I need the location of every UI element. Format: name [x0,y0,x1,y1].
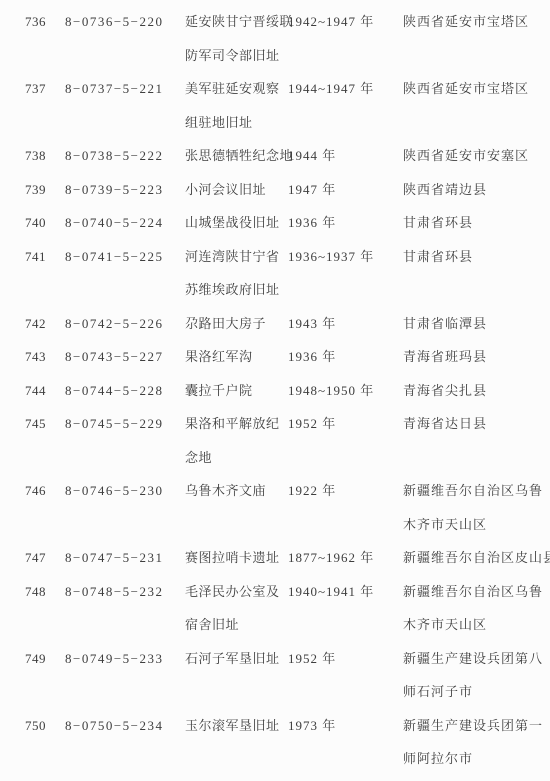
site-era: 1940~1941 年 [288,575,403,642]
site-name: 赛图拉哨卡遗址 [185,541,288,575]
site-era: 1952 年 [288,642,403,709]
site-number: 746 [25,474,65,541]
site-era: 1877~1962 年 [288,541,403,575]
table-row: 744 8−0744−5−228 囊拉千户院 1948~1950 年 青海省尖扎… [25,374,550,408]
site-name: 美军驻延安观察 组驻地旧址 [185,72,288,139]
site-name: 玉尔滚军垦旧址 [185,709,288,776]
site-code: 8−0746−5−230 [65,474,185,541]
site-code: 8−0739−5−223 [65,173,185,207]
table-row: 742 8−0742−5−226 尕路田大房子 1943 年 甘肃省临潭县 [25,307,550,341]
site-era: 1947 年 [288,173,403,207]
site-number: 739 [25,173,65,207]
site-number: 738 [25,139,65,173]
site-location: 新疆维吾尔自治区皮山县 [403,541,550,575]
site-name: 尕路田大房子 [185,307,288,341]
site-code: 8−0742−5−226 [65,307,185,341]
site-number: 743 [25,340,65,374]
site-location: 陕西省延安市宝塔区 [403,5,550,72]
site-code: 8−0749−5−233 [65,642,185,709]
site-name: 石河子军垦旧址 [185,642,288,709]
table-row: 743 8−0743−5−227 果洛红军沟 1936 年 青海省班玛县 [25,340,550,374]
site-code: 8−0750−5−234 [65,709,185,776]
table-row: 747 8−0747−5−231 赛图拉哨卡遗址 1877~1962 年 新疆维… [25,541,550,575]
site-name: 乌鲁木齐文庙 [185,474,288,541]
site-code: 8−0747−5−231 [65,541,185,575]
site-code: 8−0743−5−227 [65,340,185,374]
site-location: 青海省达日县 [403,407,550,474]
site-location: 青海省班玛县 [403,340,550,374]
table-row: 748 8−0748−5−232 毛泽民办公室及 宿舍旧址 1940~1941 … [25,575,550,642]
site-number: 750 [25,709,65,776]
site-era: 1942~1947 年 [288,5,403,72]
site-era: 1922 年 [288,474,403,541]
site-location: 甘肃省临潭县 [403,307,550,341]
site-location: 新疆生产建设兵团第八 师石河子市 [403,642,550,709]
site-era: 1973 年 [288,709,403,776]
table-row: 745 8−0745−5−229 果洛和平解放纪 念地 1952 年 青海省达日… [25,407,550,474]
site-number: 745 [25,407,65,474]
site-era: 1944~1947 年 [288,72,403,139]
site-number: 747 [25,541,65,575]
site-name: 果洛和平解放纪 念地 [185,407,288,474]
site-code: 8−0737−5−221 [65,72,185,139]
site-code: 8−0748−5−232 [65,575,185,642]
site-code: 8−0745−5−229 [65,407,185,474]
site-location: 新疆维吾尔自治区乌鲁 木齐市天山区 [403,474,550,541]
site-location: 甘肃省环县 [403,240,550,307]
site-era: 1944 年 [288,139,403,173]
site-number: 741 [25,240,65,307]
site-name: 小河会议旧址 [185,173,288,207]
site-location: 新疆维吾尔自治区乌鲁 木齐市天山区 [403,575,550,642]
site-era: 1936 年 [288,206,403,240]
site-name: 河连湾陕甘宁省 苏维埃政府旧址 [185,240,288,307]
site-location: 青海省尖扎县 [403,374,550,408]
heritage-sites-table: 736 8−0736−5−220 延安陕甘宁晋绥联 防军司令部旧址 1942~1… [25,5,550,776]
site-era: 1948~1950 年 [288,374,403,408]
site-name: 延安陕甘宁晋绥联 防军司令部旧址 [185,5,288,72]
site-location: 陕西省延安市安塞区 [403,139,550,173]
table-row: 750 8−0750−5−234 玉尔滚军垦旧址 1973 年 新疆生产建设兵团… [25,709,550,776]
document-page: 736 8−0736−5−220 延安陕甘宁晋绥联 防军司令部旧址 1942~1… [0,0,550,781]
site-era: 1936 年 [288,340,403,374]
site-number: 740 [25,206,65,240]
site-number: 737 [25,72,65,139]
site-number: 736 [25,5,65,72]
site-location: 新疆生产建设兵团第一 师阿拉尔市 [403,709,550,776]
table-body: 736 8−0736−5−220 延安陕甘宁晋绥联 防军司令部旧址 1942~1… [25,5,550,776]
site-name: 毛泽民办公室及 宿舍旧址 [185,575,288,642]
table-row: 749 8−0749−5−233 石河子军垦旧址 1952 年 新疆生产建设兵团… [25,642,550,709]
site-name: 囊拉千户院 [185,374,288,408]
table-row: 740 8−0740−5−224 山城堡战役旧址 1936 年 甘肃省环县 [25,206,550,240]
site-number: 748 [25,575,65,642]
site-location: 甘肃省环县 [403,206,550,240]
site-code: 8−0740−5−224 [65,206,185,240]
site-era: 1936~1937 年 [288,240,403,307]
site-era: 1952 年 [288,407,403,474]
site-code: 8−0741−5−225 [65,240,185,307]
site-number: 742 [25,307,65,341]
table-row: 739 8−0739−5−223 小河会议旧址 1947 年 陕西省靖边县 [25,173,550,207]
table-row: 736 8−0736−5−220 延安陕甘宁晋绥联 防军司令部旧址 1942~1… [25,5,550,72]
table-row: 741 8−0741−5−225 河连湾陕甘宁省 苏维埃政府旧址 1936~19… [25,240,550,307]
site-name: 山城堡战役旧址 [185,206,288,240]
site-name: 张思德牺牲纪念地 [185,139,288,173]
site-number: 749 [25,642,65,709]
site-code: 8−0738−5−222 [65,139,185,173]
site-location: 陕西省延安市宝塔区 [403,72,550,139]
site-code: 8−0736−5−220 [65,5,185,72]
site-era: 1943 年 [288,307,403,341]
site-number: 744 [25,374,65,408]
site-name: 果洛红军沟 [185,340,288,374]
table-row: 738 8−0738−5−222 张思德牺牲纪念地 1944 年 陕西省延安市安… [25,139,550,173]
table-row: 746 8−0746−5−230 乌鲁木齐文庙 1922 年 新疆维吾尔自治区乌… [25,474,550,541]
site-code: 8−0744−5−228 [65,374,185,408]
site-location: 陕西省靖边县 [403,173,550,207]
table-row: 737 8−0737−5−221 美军驻延安观察 组驻地旧址 1944~1947… [25,72,550,139]
